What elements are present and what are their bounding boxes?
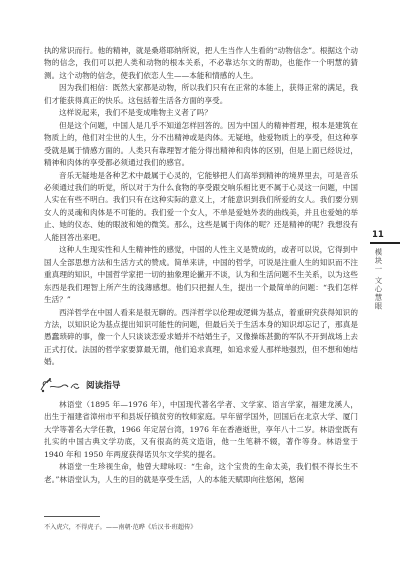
paragraph: 音乐无疑地是各种艺术中最属于心灵的，它能够把人们高举到精神的境界里去，可是音乐必… <box>44 170 358 245</box>
paragraph: 这样说起来，我们不是变成唯物主义者了吗？ <box>44 107 358 119</box>
page-number: 11 <box>372 230 400 240</box>
section-title: 阅读指导 <box>86 379 120 391</box>
paragraph: 林语堂一生珍视生命，他曾大肆咏叹：“生命，这个宝贵的生命太美，我们恨不得长生不老… <box>44 461 358 486</box>
side-tab: 11 模块一 文心慧眼 <box>370 230 400 310</box>
paragraph: 因为我们相信：既然大家都是动物，所以我们只有在正常的本能上，获得正常的满足，我们… <box>44 82 358 107</box>
paragraph: 这种人生现实性和人生精神性的感觉，中国的人性主义是赞成的，或者可以说，它得到中国… <box>44 244 358 306</box>
footnote-divider <box>44 516 100 517</box>
footnote: 不入虎穴，不得虎子。——南朝·范晔《后汉书·班超传》 <box>44 522 196 531</box>
module-label: 模块一 文心慧眼 <box>374 248 382 310</box>
floral-ornament-icon <box>38 376 80 394</box>
page-body: 执的常识而行。他的精神，就是桑塔耶纳所说，把人生当作人生看的“动物信念”。根据这… <box>44 45 358 486</box>
section-heading-reading-guide: 阅读指导 <box>38 376 358 394</box>
paragraph: 执的常识而行。他的精神，就是桑塔耶纳所说，把人生当作人生看的“动物信念”。根据这… <box>44 45 358 82</box>
paragraph: 林语堂（1895 年—1976 年），中国现代著名学者、文学家、语言学家，福建龙… <box>44 399 358 461</box>
paragraph: 但是这个问题，中国人是几乎不知道怎样回答的。因为中国人的精神哲理，根本是建筑在物… <box>44 120 358 170</box>
side-rule <box>370 242 400 244</box>
paragraph: 西洋哲学在中国人看来是很无聊的。西洋哲学以伦理或逻辑为基点，着重研究获得知识的方… <box>44 307 358 369</box>
